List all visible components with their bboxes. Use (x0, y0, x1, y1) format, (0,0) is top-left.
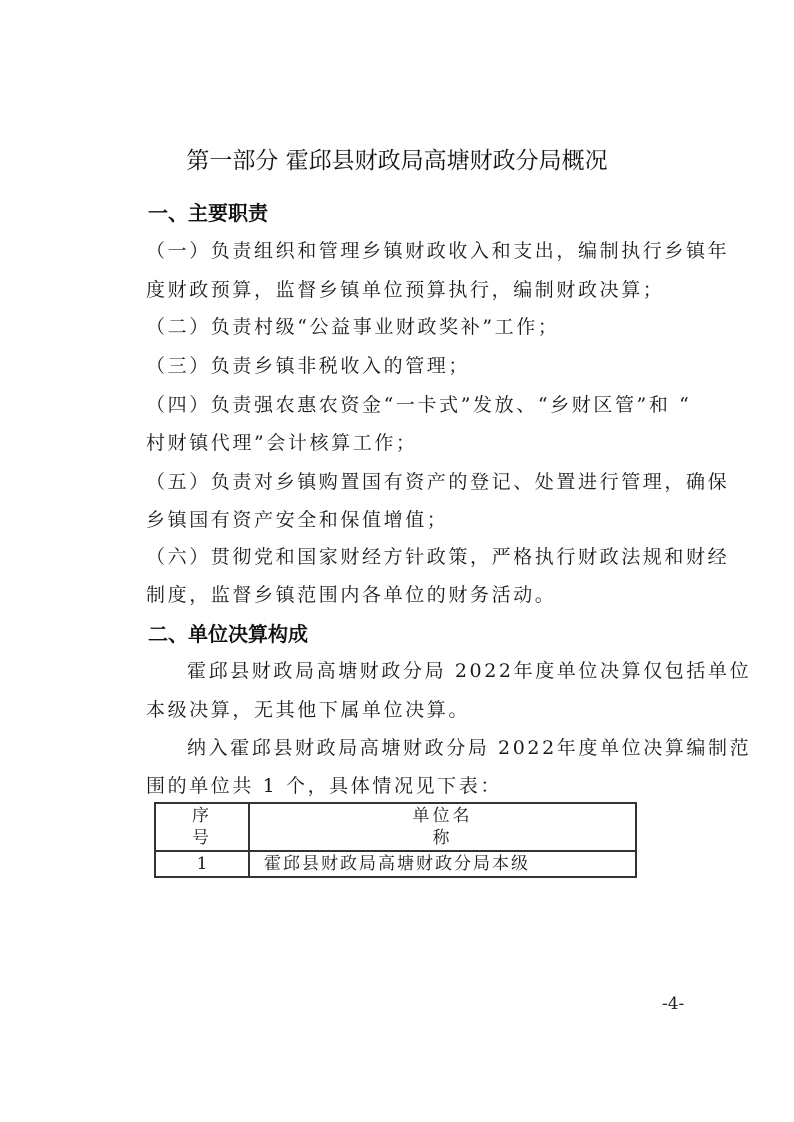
table-header-row: 序 号 单位名 称 (155, 803, 636, 851)
cell-index: 1 (155, 851, 249, 877)
header-index-line: 序 (156, 805, 248, 827)
duty-line: （四）负责强农惠农资金“一卡式”发放、“乡财区管”和 “ (146, 390, 706, 417)
duty-line: （一）负责组织和管理乡镇财政收入和支出，编制执行乡镇年 (146, 236, 706, 263)
composition-line: 霍邱县财政局高塘财政分局 2022年度单位决算仅包括单位 (187, 656, 747, 683)
duty-line: 乡镇国有资产安全和保值增值； (146, 505, 706, 532)
duty-line: （六）贯彻党和国家财经方针政策，严格执行财政法规和财经 (146, 542, 706, 569)
composition-line: 本级决算，无其他下属单位决算。 (146, 695, 706, 722)
cell-unit-name: 霍邱县财政局高塘财政分局本级 (249, 851, 636, 877)
header-index-line: 号 (156, 827, 248, 849)
duty-line: 村财镇代理”会计核算工作； (146, 428, 706, 455)
section-heading-main-duties: 一、主要职责 (148, 197, 268, 226)
header-unit-name: 单位名 称 (249, 803, 636, 851)
unit-table: 序 号 单位名 称 1 霍邱县财政局高塘财政分局本级 (154, 802, 637, 878)
header-unit-name-line: 称 (250, 827, 635, 849)
page-number: -4- (662, 994, 684, 1014)
duty-line: （二）负责村级“公益事业财政奖补”工作； (146, 312, 706, 339)
header-unit-name-line: 单位名 (250, 805, 635, 827)
section-heading-unit-composition: 二、单位决算构成 (148, 618, 308, 647)
header-index: 序 号 (155, 803, 249, 851)
composition-line: 纳入霍邱县财政局高塘财政分局 2022年度单位决算编制范 (187, 733, 747, 760)
document-page: 第一部分 霍邱县财政局高塘财政分局概况 一、主要职责 （一）负责组织和管理乡镇财… (0, 0, 794, 1122)
duty-line: 度财政预算，监督乡镇单位预算执行，编制财政决算； (146, 275, 706, 302)
table-row: 1 霍邱县财政局高塘财政分局本级 (155, 851, 636, 877)
composition-line: 围的单位共 1 个，具体情况见下表： (146, 771, 706, 798)
page-title: 第一部分 霍邱县财政局高塘财政分局概况 (0, 142, 794, 175)
duty-line: 制度，监督乡镇范围内各单位的财务活动。 (146, 580, 706, 607)
duty-line: （三）负责乡镇非税收入的管理； (146, 351, 706, 378)
duty-line: （五）负责对乡镇购置国有资产的登记、处置进行管理，确保 (146, 467, 706, 494)
